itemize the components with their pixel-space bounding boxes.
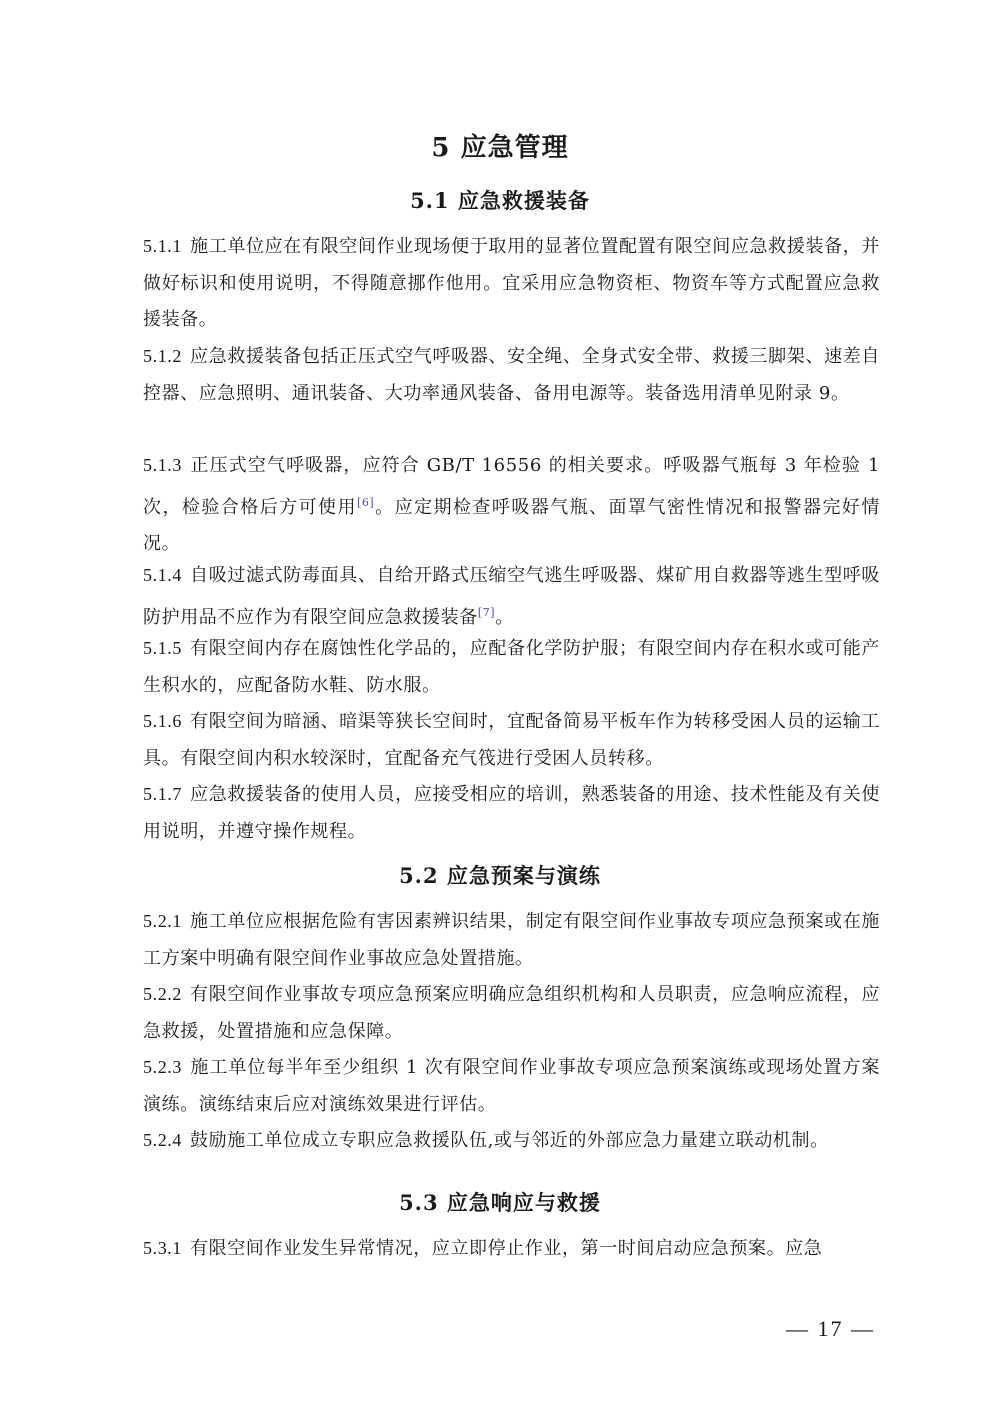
clause-number: 5.1.5: [143, 638, 182, 658]
document-page: 5 应急管理 5.1 应急救援装备 5.1.1施工单位应在有限空间作业现场便于取…: [0, 0, 1000, 1414]
clause-5-2-3: 5.2.3施工单位每半年至少组织 1 次有限空间作业事故专项应急预案演练或现场处…: [143, 1049, 880, 1123]
clause-text: 应急救援装备包括正压式空气呼吸器、安全绳、全身式安全带、救援三脚架、速差自控器、…: [143, 346, 880, 404]
page-number: — 17 —: [786, 1316, 875, 1342]
reference-link[interactable]: [6]: [357, 496, 374, 509]
clause-number: 5.1.6: [143, 711, 182, 731]
clause-text: 施工单位应根据危险有害因素辨识结果，制定有限空间作业事故专项应急预案或在施工方案…: [143, 911, 880, 969]
clause-number: 5.2.3: [143, 1057, 182, 1077]
clause-5-1-5: 5.1.5有限空间内存在腐蚀性化学品的，应配备化学防护服；有限空间内存在积水或可…: [143, 630, 880, 704]
clause-text: 有限空间作业发生异常情况，应立即停止作业，第一时间启动应急预案。应急: [190, 1238, 822, 1259]
clause-5-2-1: 5.2.1施工单位应根据危险有害因素辨识结果，制定有限空间作业事故专项应急预案或…: [143, 903, 880, 977]
clause-5-1-1: 5.1.1施工单位应在有限空间作业现场便于取用的显著位置配置有限空间应急救援装备…: [143, 228, 880, 339]
clause-5-1-6: 5.1.6有限空间为暗涵、暗渠等狭长空间时，宜配备简易平板车作为转移受困人员的运…: [143, 703, 880, 777]
section-title-5-3: 5.3 应急响应与救援: [0, 1187, 1000, 1217]
clause-text: 施工单位应在有限空间作业现场便于取用的显著位置配置有限空间应急救援装备，并做好标…: [143, 236, 880, 330]
clause-5-1-4: 5.1.4自吸过滤式防毒面具、自给开路式压缩空气逃生呼吸器、煤矿用自救器等逃生型…: [143, 557, 880, 636]
clause-text: 有限空间作业事故专项应急预案应明确应急组织机构和人员职责，应急响应流程，应急救援…: [143, 984, 880, 1042]
chapter-title: 5 应急管理: [0, 127, 1000, 164]
clause-text: 有限空间为暗涵、暗渠等狭长空间时，宜配备简易平板车作为转移受困人员的运输工具。有…: [143, 711, 880, 769]
clause-number: 5.3.1: [143, 1238, 182, 1258]
clause-text: 有限空间内存在腐蚀性化学品的，应配备化学防护服；有限空间内存在积水或可能产生积水…: [143, 638, 880, 696]
clause-5-1-3: 5.1.3正压式空气呼吸器，应符合 GB/T 16556 的相关要求。呼吸器气瓶…: [143, 447, 880, 563]
clause-number: 5.1.7: [143, 784, 182, 804]
clause-text: 。: [495, 607, 514, 628]
clause-number: 5.1.1: [143, 236, 182, 256]
clause-5-2-2: 5.2.2有限空间作业事故专项应急预案应明确应急组织机构和人员职责，应急响应流程…: [143, 976, 880, 1050]
clause-number: 5.1.4: [143, 565, 182, 585]
clause-number: 5.2.2: [143, 984, 182, 1004]
clause-5-1-2: 5.1.2应急救援装备包括正压式空气呼吸器、安全绳、全身式安全带、救援三脚架、速…: [143, 338, 880, 412]
clause-number: 5.2.4: [143, 1130, 182, 1150]
section-title-5-1: 5.1 应急救援装备: [0, 185, 1000, 215]
clause-text: 应急救援装备的使用人员，应接受相应的培训，熟悉装备的用途、技术性能及有关使用说明…: [143, 784, 880, 842]
clause-text: 施工单位每半年至少组织 1 次有限空间作业事故专项应急预案演练或现场处置方案演练…: [143, 1057, 880, 1115]
clause-text: 鼓励施工单位成立专职应急救援队伍,或与邻近的外部应急力量建立联动机制。: [190, 1130, 829, 1151]
reference-link[interactable]: [7]: [478, 606, 495, 619]
clause-number: 5.1.3: [143, 455, 182, 475]
clause-5-1-7: 5.1.7应急救援装备的使用人员，应接受相应的培训，熟悉装备的用途、技术性能及有…: [143, 776, 880, 850]
clause-5-2-4: 5.2.4鼓励施工单位成立专职应急救援队伍,或与邻近的外部应急力量建立联动机制。: [143, 1122, 880, 1160]
section-title-5-2: 5.2 应急预案与演练: [0, 860, 1000, 890]
clause-5-3-1: 5.3.1有限空间作业发生异常情况，应立即停止作业，第一时间启动应急预案。应急: [143, 1230, 880, 1268]
clause-number: 5.2.1: [143, 911, 182, 931]
clause-number: 5.1.2: [143, 346, 182, 366]
